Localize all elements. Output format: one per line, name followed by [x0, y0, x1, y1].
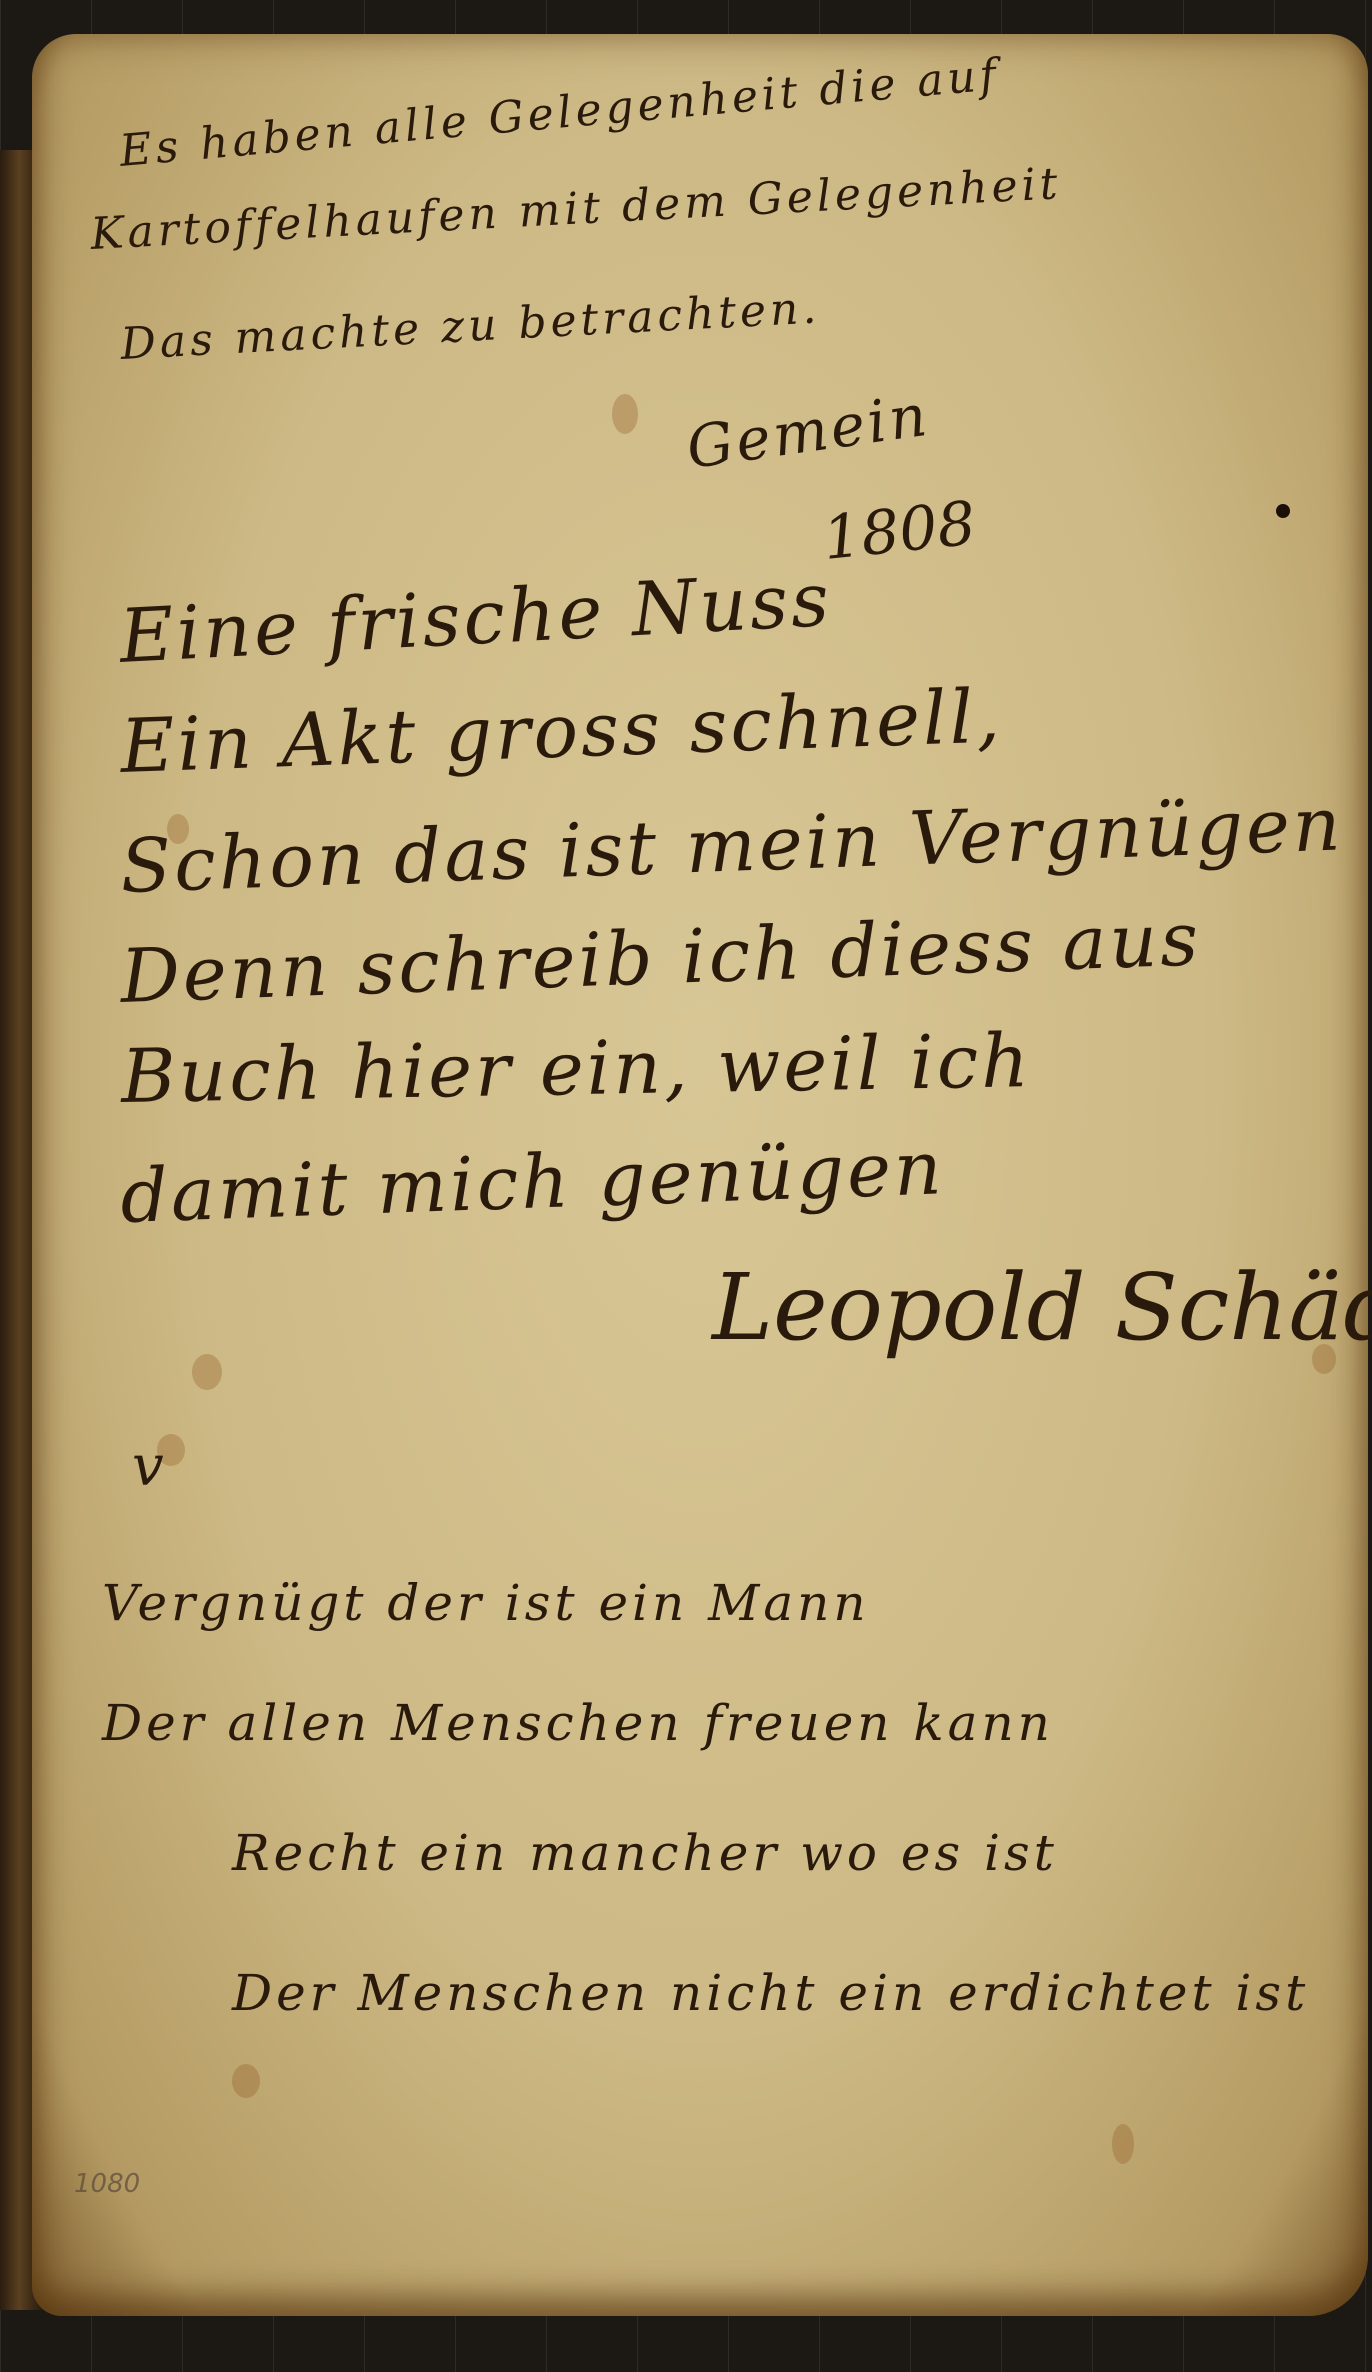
foxing-spot	[192, 1354, 222, 1390]
entry-year: 1808	[820, 488, 979, 574]
verse-marker: v	[132, 1434, 167, 1499]
top-note-line-1: Es haben alle Gelegenheit die auf	[118, 49, 1002, 177]
entry-line-6: damit mich genügen	[119, 1125, 946, 1240]
ink-dot	[1276, 504, 1290, 518]
entry-line-4: Denn schreib ich diess aus	[119, 896, 1202, 1020]
signature: Leopold Schädel	[712, 1254, 1372, 1361]
entry-line-1: Eine frische Nuss	[117, 557, 833, 680]
margin-pencil-number: 1080	[74, 2169, 140, 2199]
verse-line-1: Vergnügt der ist ein Mann	[102, 1574, 870, 1632]
foxing-spot	[612, 394, 638, 434]
entry-line-5: Buch hier ein, weil ich	[120, 1018, 1032, 1120]
entry-line-2: Ein Akt gross schnell,	[119, 673, 1004, 790]
foxing-spot	[232, 2064, 260, 2098]
manuscript-page: Es haben alle Gelegenheit die auf Kartof…	[32, 34, 1368, 2316]
entry-line-3: Schon das ist mein Vergnügen	[119, 781, 1345, 910]
top-note-line-2: Kartoffelhaufen mit dem Gelegenheit	[89, 158, 1062, 260]
verse-line-3: Recht ein mancher wo es ist	[232, 1824, 1058, 1882]
entry-heading: Gemein	[683, 381, 934, 482]
verse-line-2: Der allen Menschen freuen kann	[102, 1694, 1054, 1752]
verse-line-4: Der Menschen nicht ein erdichtet ist	[232, 1964, 1309, 2022]
foxing-spot	[1112, 2124, 1134, 2164]
top-note-line-3: Das machte zu betrachten.	[119, 282, 821, 370]
